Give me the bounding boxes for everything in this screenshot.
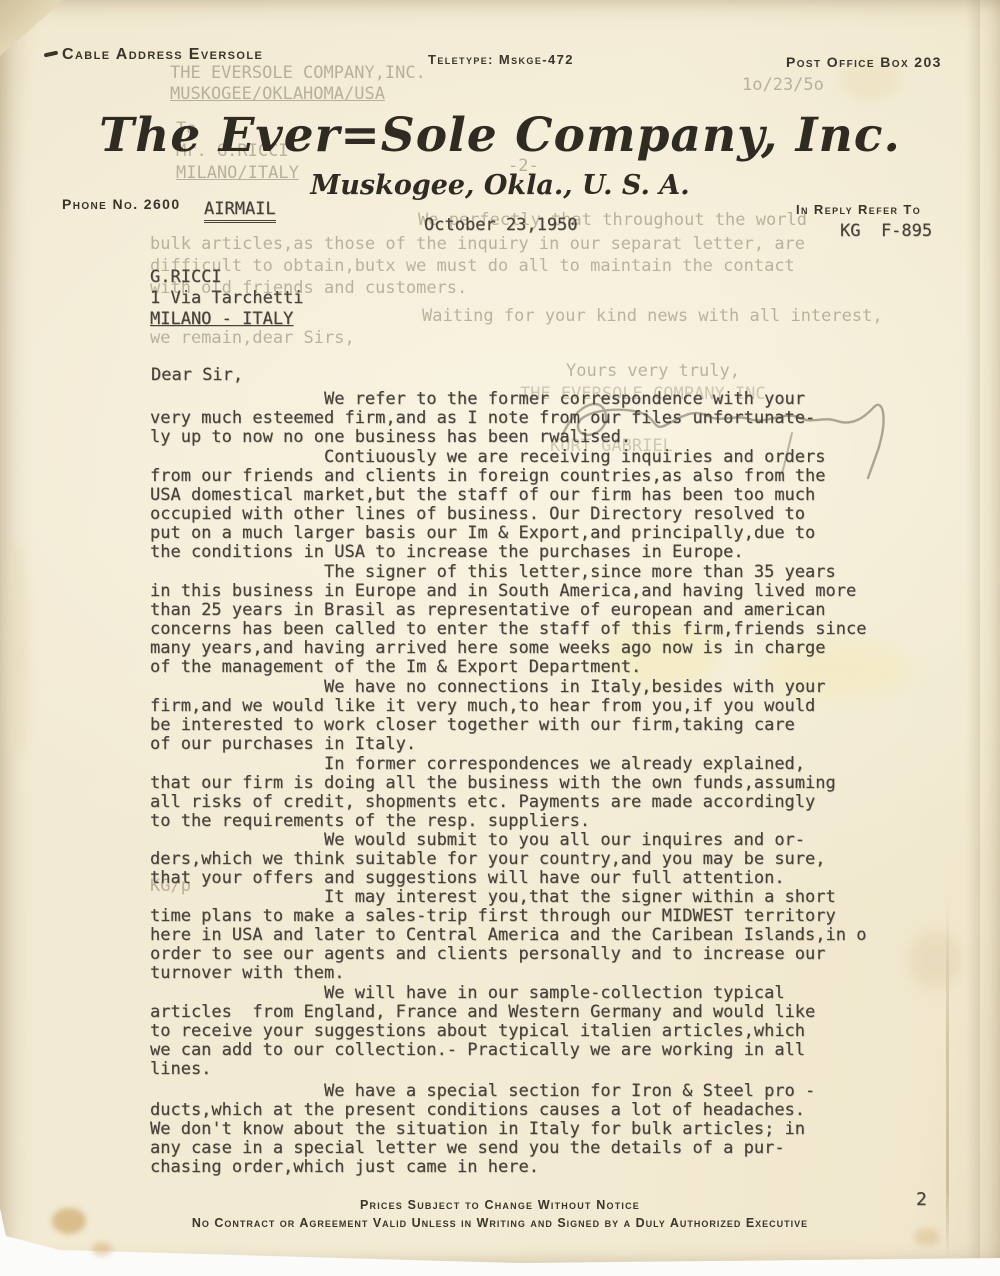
- phone-number: Phone No. 2600: [62, 196, 181, 212]
- ghost-line-remain: we remain,dear Sirs,: [150, 329, 355, 348]
- recipient-city: MILANO - ITALY: [150, 310, 293, 329]
- paragraph-5: In former correspondences we already exp…: [150, 755, 836, 831]
- salutation: Dear Sir,: [151, 366, 243, 385]
- stain: [6, 540, 28, 760]
- paragraph-6: We would submit to you all our inquires …: [150, 831, 826, 888]
- paragraph-9: We have a special section for Iron & Ste…: [150, 1082, 815, 1177]
- ghost-line-waiting: Waiting for your kind news with all inte…: [422, 307, 883, 326]
- scanned-letter-page: { "colors": { "paper": "#f2e9d2", "typew…: [0, 0, 1000, 1276]
- ghost-header-city: MUSKOGEE/OKLAHOMA/USA: [170, 85, 385, 104]
- paragraph-2: Contiuously we are receiving inquiries a…: [150, 448, 826, 562]
- recipient-street: 1 Via Tarchetti: [150, 289, 304, 308]
- recipient-name: G.RICCI: [150, 268, 222, 287]
- po-box: Post Office Box 203: [786, 54, 942, 70]
- cable-address: Cable Address Eversole: [62, 46, 263, 64]
- ghost-header-company: THE EVERSOLE COMPANY,INC.: [170, 64, 426, 83]
- date-line: October 23,1950: [424, 216, 578, 235]
- in-reply-refer: In Reply Refer To: [796, 202, 921, 217]
- ghost-line-difficult: difficult to obtain,butx we must do all …: [150, 257, 795, 276]
- paragraph-8: We will have in our sample-collection ty…: [150, 984, 815, 1079]
- teletype: Teletype: Mskge-472: [428, 52, 574, 67]
- paragraph-7: It may interest you,that the signer with…: [150, 888, 866, 983]
- footer-line-1: Prices Subject to Change Without Notice: [0, 1198, 1000, 1212]
- stain: [908, 930, 962, 990]
- ghost-line-bulk: bulk articles,as those of the inquiry in…: [150, 235, 805, 254]
- reference-number: KG F-895: [840, 222, 932, 241]
- paragraph-3: The signer of this letter,since more tha…: [150, 563, 866, 677]
- paragraph-1: We refer to the former correspondence wi…: [150, 390, 815, 447]
- ghost-date: 1o/23/5o: [742, 76, 824, 95]
- paragraph-4: We have no connections in Italy,besides …: [150, 678, 826, 754]
- footer-line-2: No Contract or Agreement Valid Unless in…: [0, 1216, 1000, 1230]
- company-logo: The Ever=Sole Company, Inc.: [0, 108, 1000, 163]
- stain: [92, 1242, 112, 1256]
- stain: [914, 1228, 940, 1246]
- airmail-label: AIRMAIL: [204, 200, 276, 223]
